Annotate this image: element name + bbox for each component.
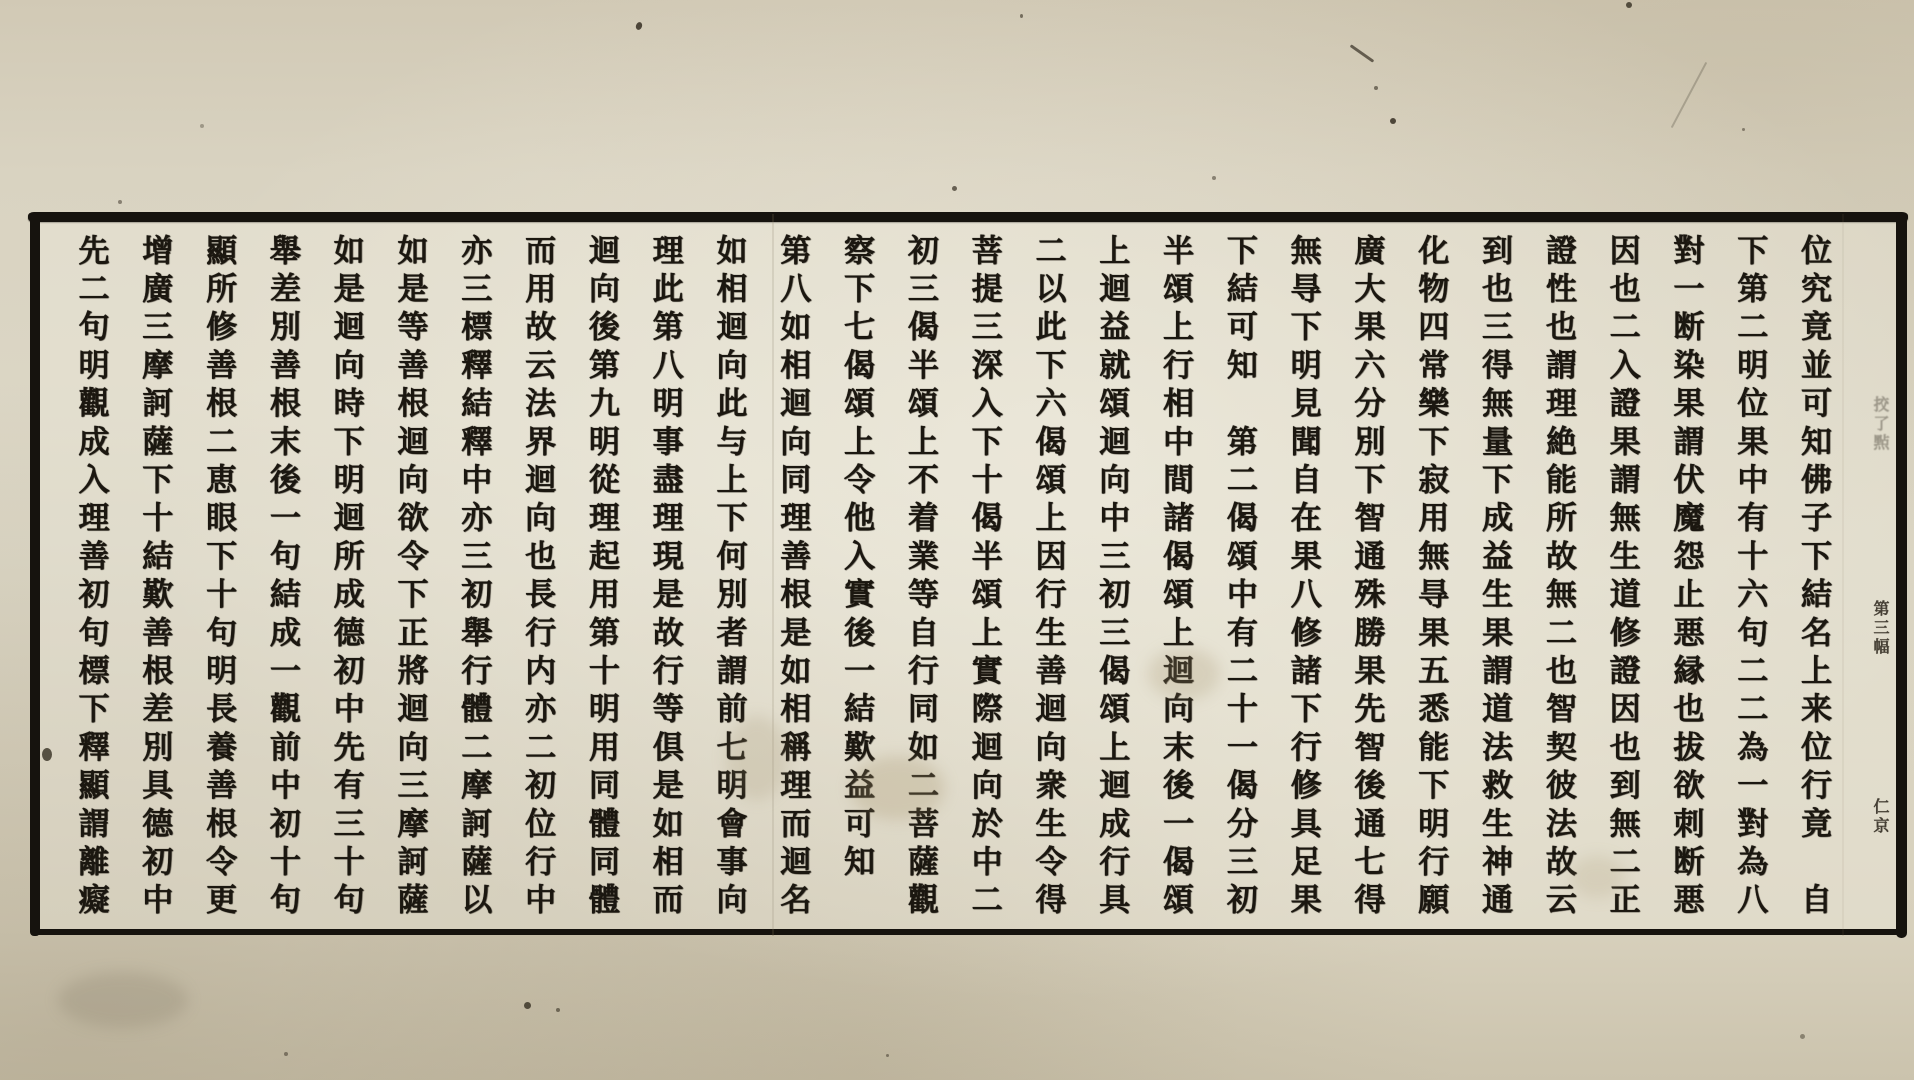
text-column: 舉差別善根末後一句結成一觀前中初十句 — [249, 234, 313, 926]
top-border-rule — [28, 212, 1908, 222]
text-column: 理此第八明事盡理現是故行等倶是如相而 — [632, 234, 696, 926]
text-column: 廣大果六分別下智通殊勝果先智後通七得 — [1334, 234, 1398, 926]
ink-speck — [886, 1054, 889, 1057]
text-column: 察下七偈頌上令他入實後一結歎益可知 — [823, 234, 887, 926]
left-border-rule — [30, 214, 40, 936]
right-border-rule — [1896, 214, 1907, 938]
sheet-number-note: 第三幅 — [1846, 600, 1892, 657]
crease-mark — [1671, 62, 1708, 128]
text-column: 初三偈半頌上不着業等自行同如二菩薩觀 — [887, 234, 951, 926]
text-column: 無㝵下明見聞自在果八修諸下行修具足果 — [1270, 234, 1334, 926]
paper-stain — [58, 972, 188, 1028]
ink-speck — [1020, 14, 1023, 18]
text-column: 菩提三深入下十偈半頌上實際迴向於中二 — [951, 234, 1015, 926]
text-column: 如是迴向時下明迴所成德初中先有三十句 — [313, 234, 377, 926]
text-column: 位究竟並可知佛子下結名上来位行竟 自 — [1780, 234, 1844, 926]
ink-speck — [1800, 1034, 1805, 1039]
text-column: 到也三得無量下成益生果謂道法救生神通 — [1461, 234, 1525, 926]
ink-speck — [1374, 86, 1378, 90]
text-column: 因也二入證果謂無生道修證因也到無二正 — [1589, 234, 1653, 926]
paper-stain — [1148, 648, 1220, 700]
ink-speck — [556, 1008, 560, 1012]
manuscript-page: 位究竟並可知佛子下結名上来位行竟 自 下第二明位果中有十六句二二為一對為八 對一… — [0, 0, 1914, 1080]
text-column: 顯所修善根二恵眼下十句明長養善根令更 — [185, 234, 249, 926]
text-column: 增廣三摩訶薩下十結歎善根差別具德初中 — [121, 234, 185, 926]
colophon-note: 仁京 — [1846, 798, 1892, 836]
ink-speck — [118, 200, 122, 204]
text-column: 而用故云法界迴向也長行内亦二初位行中 — [504, 234, 568, 926]
ink-speck — [1626, 2, 1632, 8]
text-column: 先二句明觀成入理善初句標下釋顯謂離癡 — [58, 234, 122, 926]
paper-stain — [850, 756, 945, 820]
text-column: 亦三標釋結釋中亦三初舉行體二摩訶薩以 — [440, 234, 504, 926]
text-column: 第八如相迴向同理善根是如相稱理而迴名 — [759, 234, 823, 926]
bottom-border-rule — [34, 929, 1906, 935]
text-column: 證性也謂理絶能所故無二也智契彼法故云 — [1525, 234, 1589, 926]
ink-speck — [1390, 118, 1396, 124]
fiber-mark — [1350, 44, 1375, 63]
text-column: 對一断染果謂伏魔怨止悪縁也拔欲刺断悪 — [1653, 234, 1717, 926]
ink-speck — [1742, 128, 1745, 131]
paper-stain — [1570, 856, 1625, 898]
paper-stain — [726, 716, 788, 800]
text-column: 如是等善根迴向欲令下正將迴向三摩訶薩 — [377, 234, 441, 926]
ink-speck — [524, 1002, 531, 1009]
text-column: 半頌上行相中間諸偈頌上迴向末後一偈頌 — [1142, 234, 1206, 926]
text-column: 上迴益就頌迴向中三初三偈頌上迴成行具 — [1078, 234, 1142, 926]
ink-speck — [635, 21, 643, 31]
text-column: 下結可知 第二偈頌中有二十一偈分三初 — [1206, 234, 1270, 926]
text-column: 迴向後第九明從理起用第十明用同體同體 — [568, 234, 632, 926]
ink-speck — [284, 1052, 288, 1056]
ink-speck — [952, 186, 957, 191]
collation-note: 挍了㸃 — [1846, 396, 1892, 453]
text-column: 下第二明位果中有十六句二二為一對為八 — [1716, 234, 1780, 926]
text-column: 如相迴向此与上下何別者謂前七明會事向 — [696, 234, 760, 926]
ink-speck — [1212, 176, 1216, 180]
text-column: 二以此下六偈頌上因行生善迴向衆生令得 — [1015, 234, 1079, 926]
ink-speck — [200, 124, 204, 128]
text-columns: 位究竟並可知佛子下結名上来位行竟 自 下第二明位果中有十六句二二為一對為八 對一… — [54, 234, 1844, 926]
ink-blob — [42, 748, 52, 761]
text-column: 化物四常樂下寂用無㝵果五悉能下明行願 — [1397, 234, 1461, 926]
